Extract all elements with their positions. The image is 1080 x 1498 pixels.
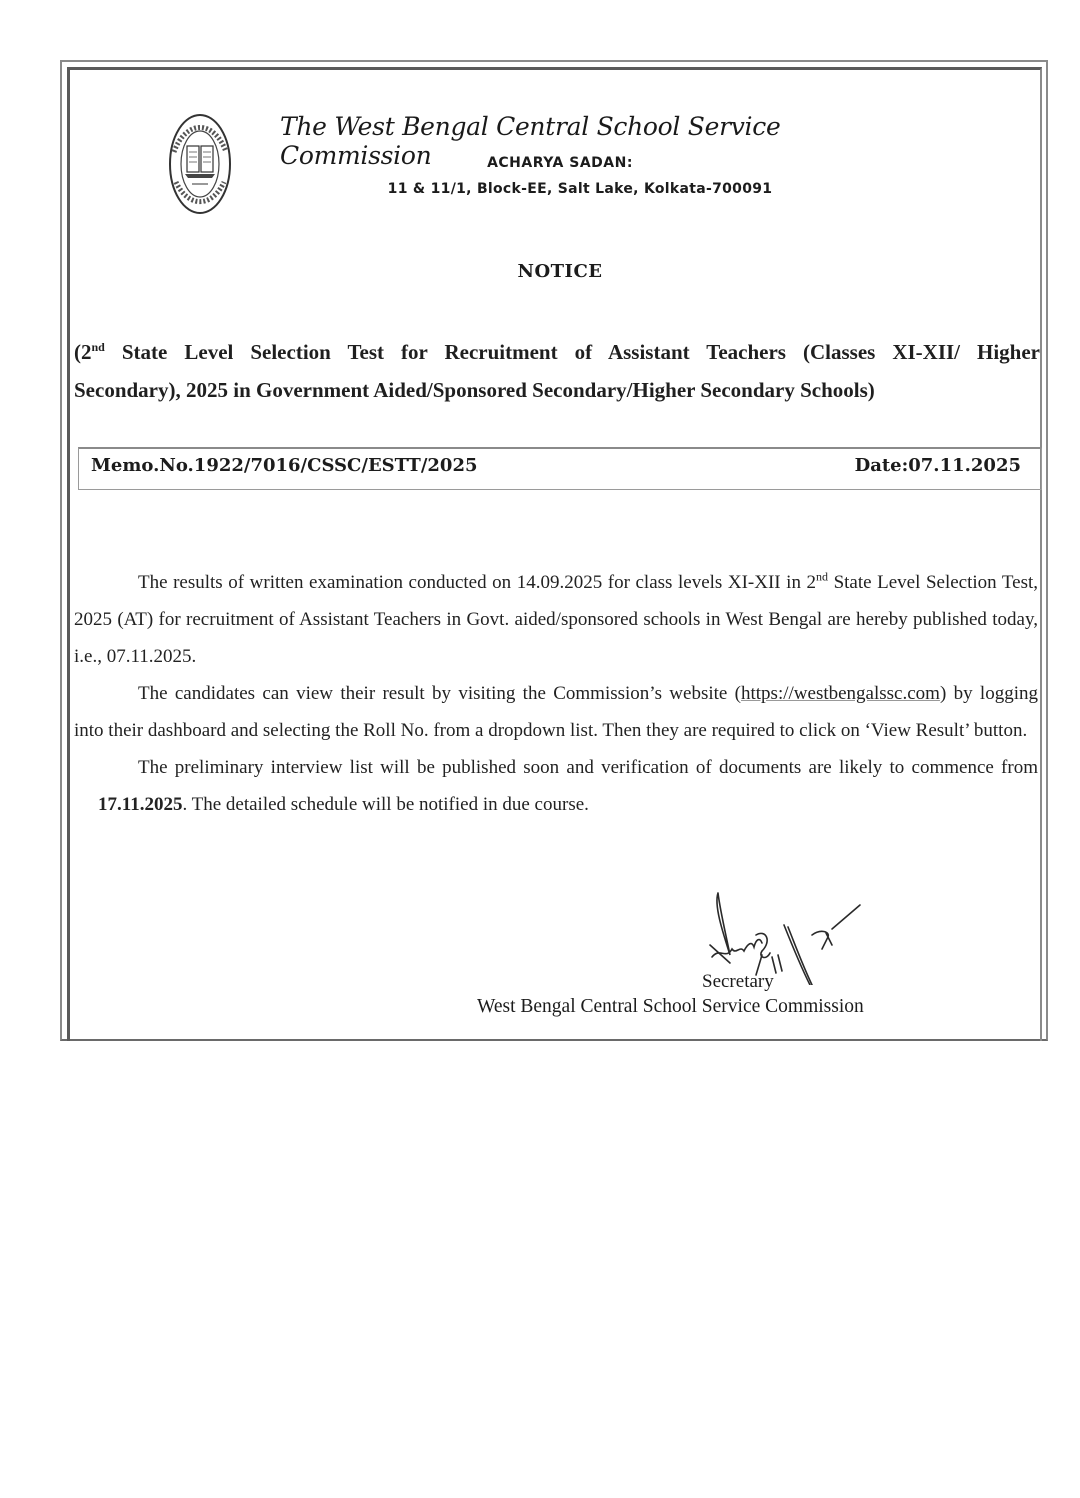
- address-line-1: ACHARYA SADAN:: [300, 155, 820, 171]
- memo-number: Memo.No.1922/7016/CSSC/ESTT/2025: [91, 455, 478, 476]
- subject-prefix: (2: [74, 340, 92, 364]
- website-link[interactable]: https://westbengalssc.com: [741, 683, 940, 704]
- ordinal-suffix: nd: [816, 570, 828, 584]
- memo-date: Date:07.11.2025: [855, 455, 1021, 476]
- paragraph-results: The results of written examination condu…: [74, 564, 1038, 675]
- signatory-designation: Secretary: [702, 971, 774, 993]
- paragraph-text: . The detailed schedule will be notified…: [182, 794, 588, 815]
- address-line-2: 11 & 11/1, Block-EE, Salt Lake, Kolkata-…: [300, 181, 860, 197]
- verification-date: 17.11.2025: [98, 794, 182, 815]
- notice-body: The results of written examination condu…: [74, 564, 1038, 823]
- subject-ordinal: nd: [92, 340, 105, 354]
- commission-seal-icon: [168, 112, 232, 216]
- notice-subject: (2nd State Level Selection Test for Recr…: [74, 333, 1040, 409]
- subject-line-1-text: State Level Selection Test for Recruitme…: [105, 340, 1040, 364]
- notice-title: NOTICE: [450, 261, 670, 282]
- subject-line-2: Secondary), 2025 in Government Aided/Spo…: [74, 378, 875, 402]
- memo-box: Memo.No.1922/7016/CSSC/ESTT/2025 Date:07…: [78, 447, 1042, 490]
- paragraph-interview: The preliminary interview list will be p…: [74, 749, 1038, 823]
- paragraph-text: The preliminary interview list will be p…: [138, 757, 1038, 778]
- signature-icon: [700, 885, 890, 985]
- paragraph-how-to-view: The candidates can view their result by …: [74, 675, 1038, 749]
- subject-line-1: (2nd State Level Selection Test for Recr…: [74, 333, 1040, 371]
- signatory-organization: West Bengal Central School Service Commi…: [477, 996, 864, 1018]
- paragraph-text: The candidates can view their result by …: [138, 683, 741, 704]
- paragraph-text: The results of written examination condu…: [138, 572, 816, 593]
